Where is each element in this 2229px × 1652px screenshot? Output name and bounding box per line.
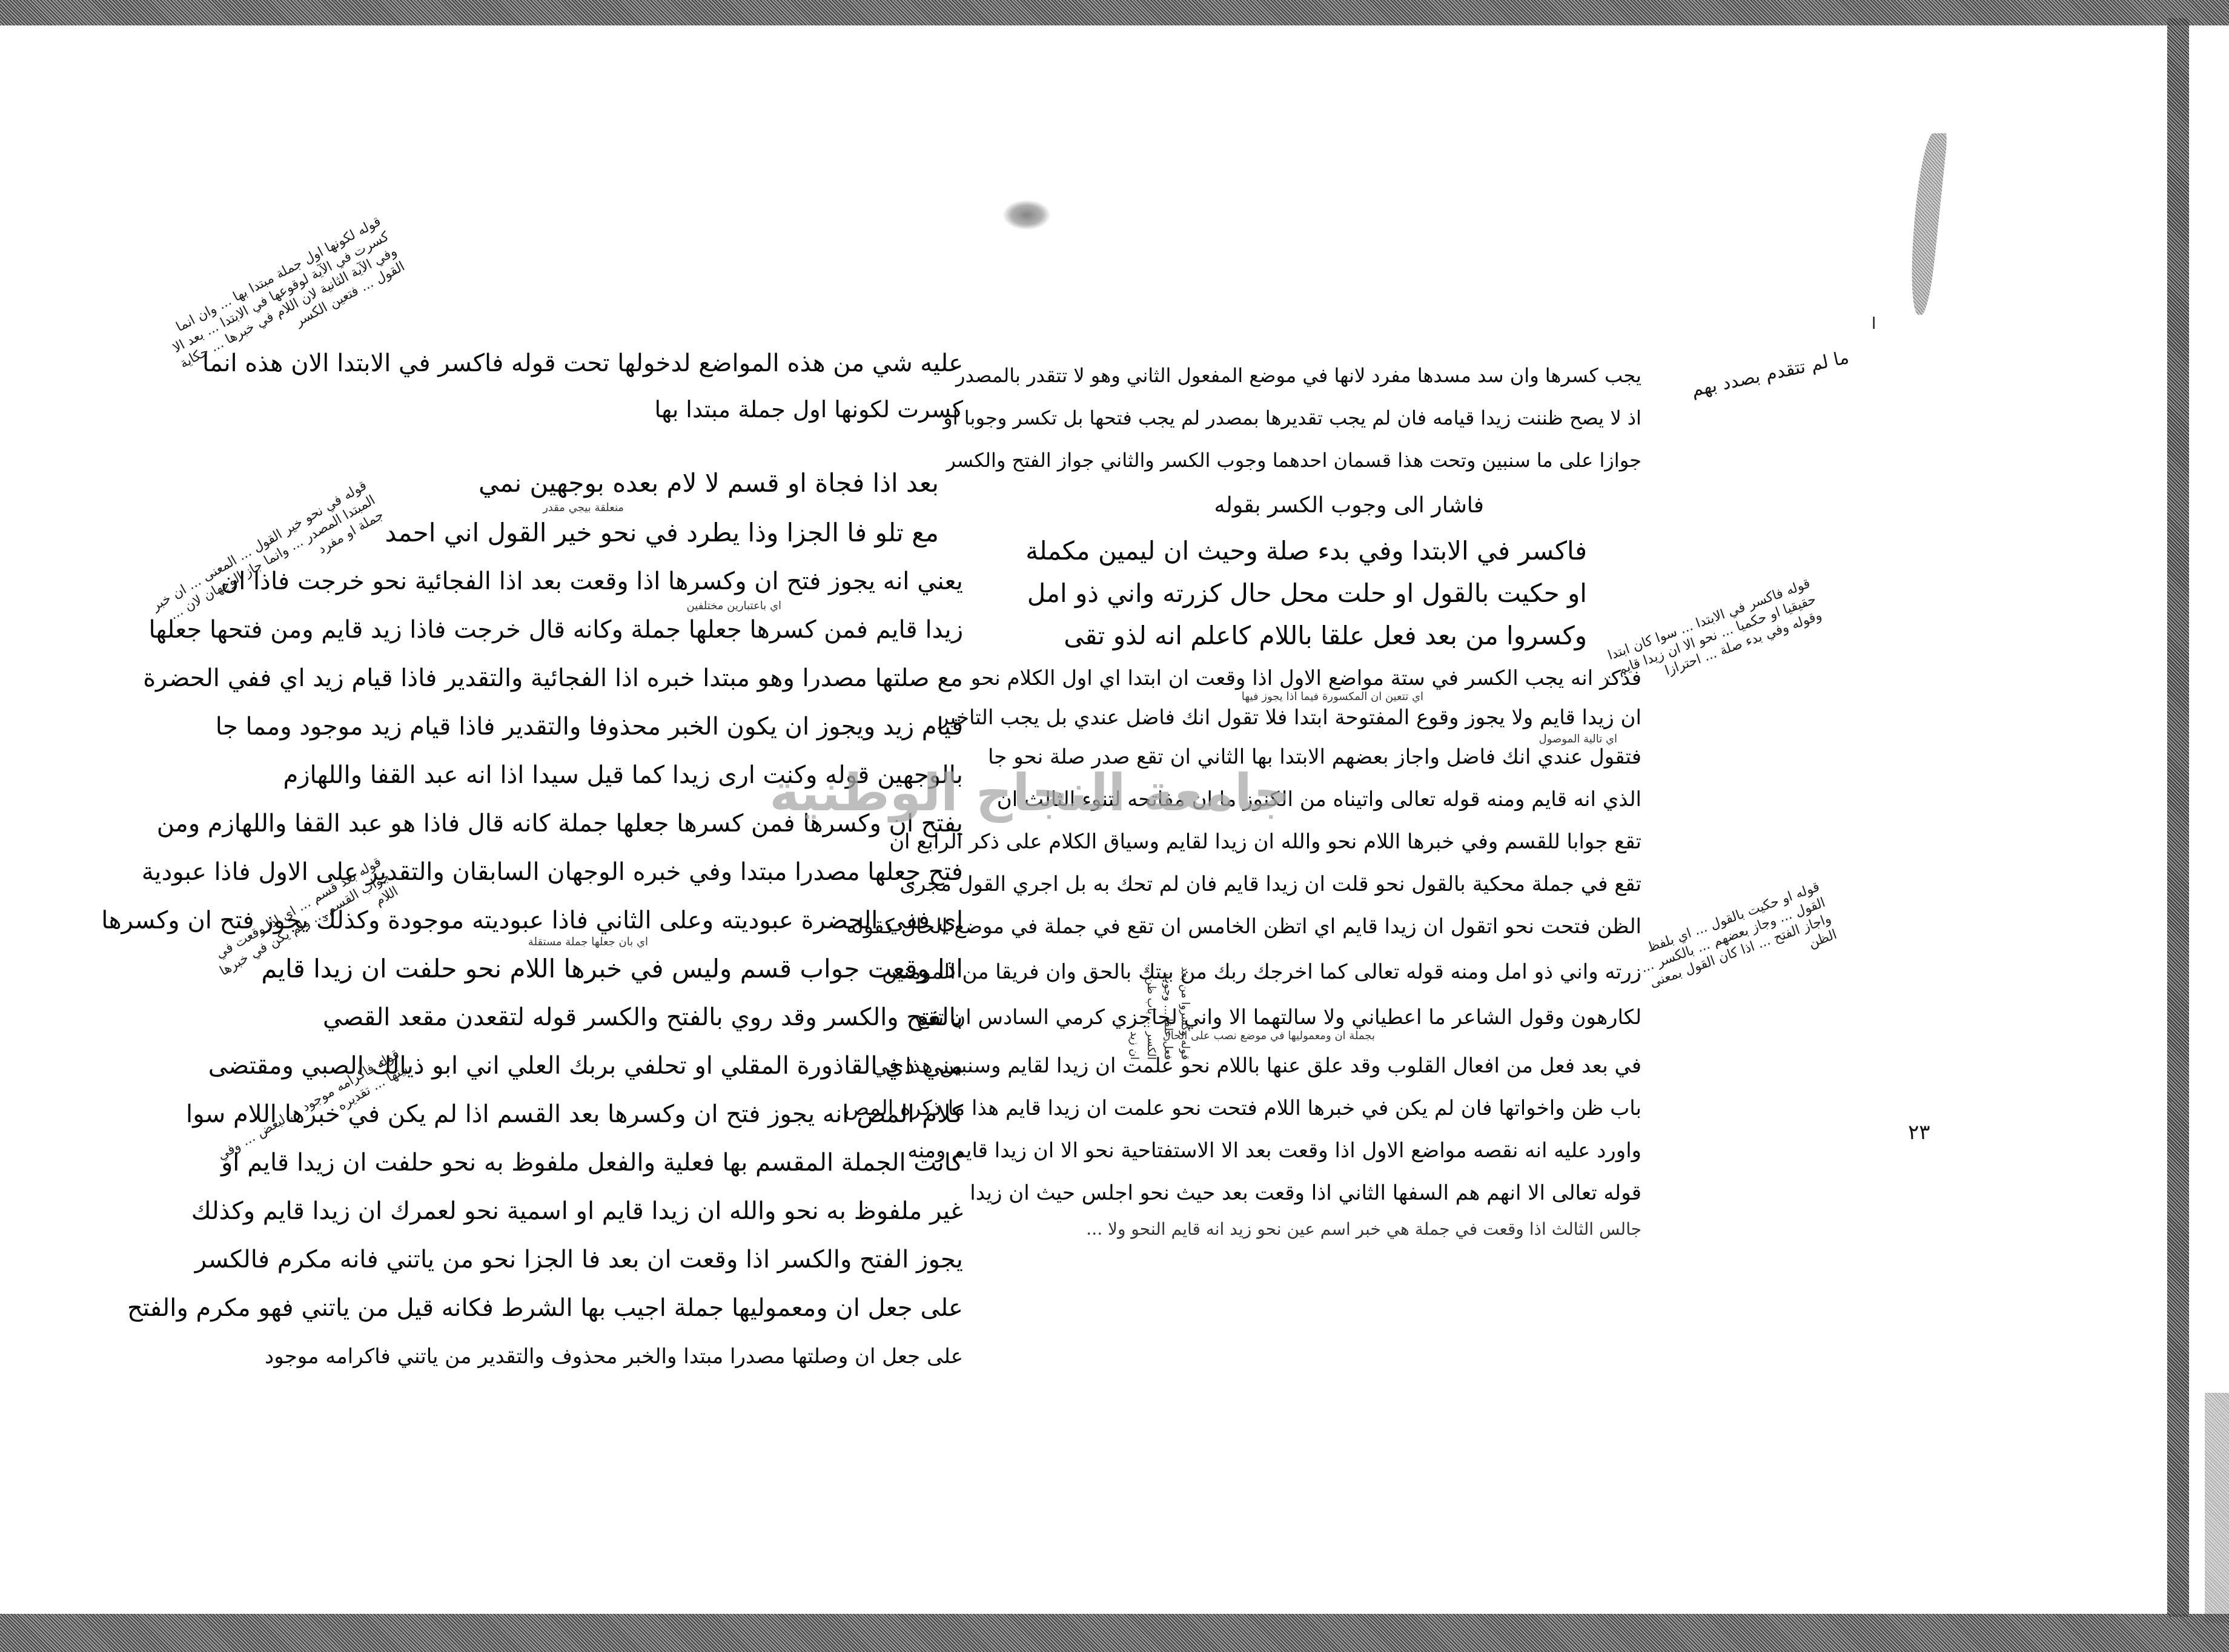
text-line: باب ظن واخواتها فان لم يكن في خبرها اللا…	[844, 1096, 1641, 1120]
interlinear-note: بجملة ان ومعموليها في موضع نصب على الحال	[1163, 1029, 1375, 1042]
page-number-marker: ٢٣	[1908, 1120, 1930, 1145]
text-line: ان زيدا قايم ولا يجوز وقوع المفتوحة ابتد…	[939, 705, 1641, 730]
scan-border-bottom	[0, 1614, 2229, 1652]
verse-line: مع تلو فا الجزا وذا يطرد في نحو خير القو…	[385, 521, 939, 545]
margin-note: قوله لكونها اول جملة مبتدا بها ... وان ا…	[151, 213, 479, 525]
interlinear-note: اي تتعين ان المكسورة فيما اذا يجوز فيها	[1242, 690, 1423, 703]
text-line: على جعل ان ومعموليها جملة اجيب بها الشرط…	[127, 1296, 963, 1320]
right-page-header-note: ما لم تتقدم بصدد بهم	[1689, 347, 1850, 401]
margin-note: قوله بعد قسم ... اي اذا وقعت في جواب الق…	[187, 854, 467, 1120]
scan-border-right	[2167, 18, 2189, 1617]
margin-note: قوله وكسروا من بعد فعل علقا ... وجوب الك…	[963, 963, 1193, 1060]
interlinear-note: منعلقة بيجي مقدر	[543, 501, 624, 514]
text-line: كسرت لكونها اول جملة مبتدا بها	[655, 397, 963, 421]
text-line: اي ففي الحضرة عبوديته وعلى الثاني فاذا ع…	[101, 908, 963, 933]
margin-note: قوله او حكيت بالقول ... اي بلفظ القول ..…	[1623, 879, 1878, 1120]
text-line: تقع جوابا للقسم وفي خبرها اللام نحو والل…	[889, 830, 1641, 854]
text-line: واورد عليه انه نقصه مواضع الاول اذا وقعت…	[907, 1138, 1641, 1163]
text-line: فذكر انه يجب الكسر في ستة مواضع الاول اذ…	[971, 666, 1641, 690]
text-line: فاشار الى وجوب الكسر بقوله	[1214, 494, 1485, 518]
text-line: اذ لا يصح ظننت زيدا قيامه فان لم يجب تقد…	[943, 406, 1641, 430]
verse-line: وكسروا من بعد فعل علقا باللام كاعلم انه …	[1064, 624, 1587, 648]
verse-line: فاكسر في الابتدا وفي بدء صلة وحيث ان ليم…	[1025, 539, 1587, 563]
text-line: الظن فتحت نحو اتقول ان زيدا قايم اي اتظن…	[846, 914, 1641, 939]
verse-line: بعد اذا فجاة او قسم لا لام بعده بوجهين ن…	[479, 471, 939, 495]
text-line: تقع في جملة محكية بالقول نحو قلت ان زيدا…	[899, 872, 1641, 896]
ink-smudge	[1002, 200, 1051, 230]
text-line: يجب كسرها وان سد مسدها مفرد لانها في موض…	[956, 363, 1641, 388]
verse-line: او حكيت بالقول او حلت محل حال كزرته واني…	[1027, 581, 1587, 606]
text-line: فتح جعلها مصدرا مبتدا وفي خبره الوجهان ا…	[142, 860, 963, 884]
text-line: قوله تعالى الا انهم هم السفها الثاني اذا…	[970, 1181, 1641, 1205]
interlinear-note: اي باعتبارين مختلفين	[687, 600, 781, 612]
right-edge-mark: ا	[1872, 315, 1876, 333]
university-watermark: جامعة النجاح الوطنية	[927, 763, 1290, 822]
text-line: جالس الثالث اذا وقعت في جملة هي خبر اسم …	[1086, 1217, 1641, 1241]
interlinear-note: اي تالية الموصول	[1539, 733, 1617, 745]
text-line: جوازا على ما سنبين وتحت هذا قسمان احدهما…	[946, 448, 1641, 472]
scan-border-top	[0, 0, 2229, 25]
interlinear-note: اي بان جعلها جملة مستقلة	[528, 936, 648, 948]
scan-shadow-right	[2205, 1393, 2229, 1623]
text-line: على جعل ان وصلتها مصدرا مبتدا والخبر محذ…	[265, 1344, 963, 1369]
page-edge-tear	[1904, 133, 1948, 315]
